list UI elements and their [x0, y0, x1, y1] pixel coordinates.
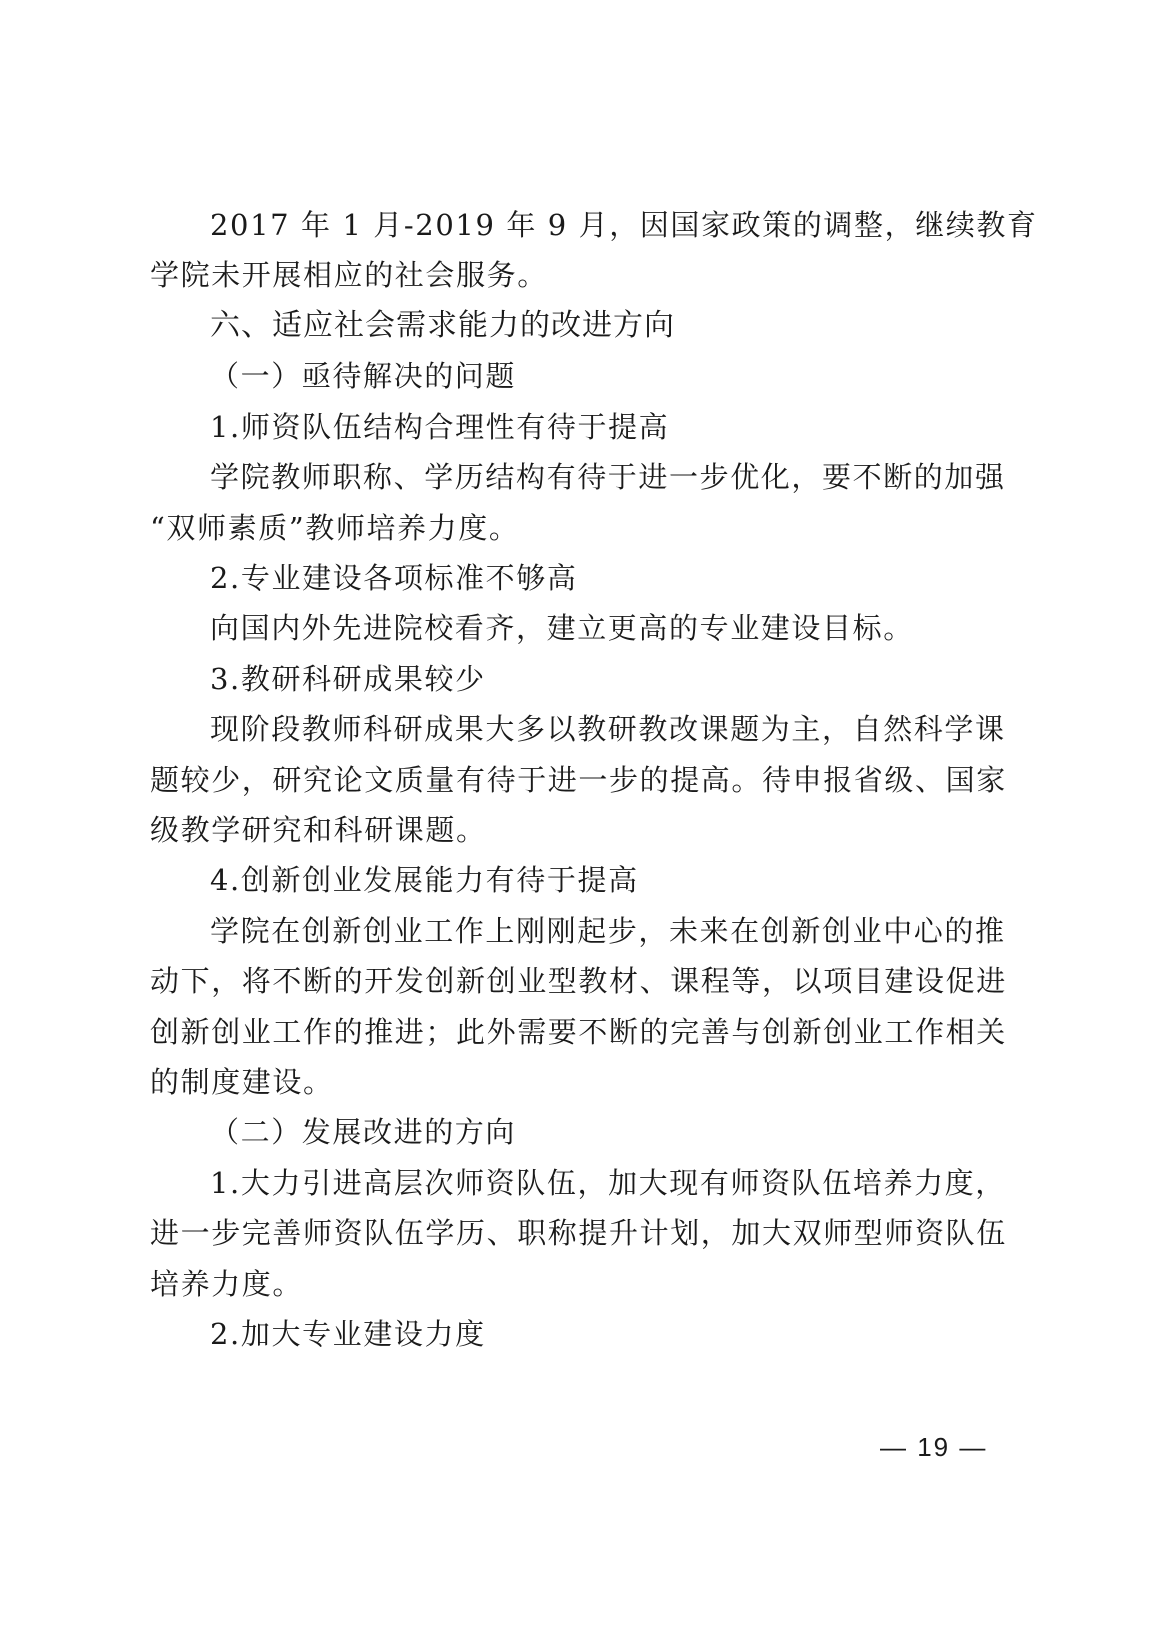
text-line: 3.教研科研成果较少 — [210, 661, 970, 697]
text-line: 学院教师职称、学历结构有待于进一步优化，要不断的加强 — [210, 459, 970, 495]
text-line: 1.师资队伍结构合理性有待于提高 — [210, 409, 970, 445]
text-line: 2.专业建设各项标准不够高 — [210, 560, 970, 596]
text-line: 1.大力引进高层次师资队伍，加大现有师资队伍培养力度， — [210, 1165, 970, 1201]
text-line: “双师素质”教师培养力度。 — [150, 510, 970, 546]
text-line: （二）发展改进的方向 — [210, 1114, 970, 1150]
text-line: 2017 年 1 月-2019 年 9 月，因国家政策的调整，继续教育 — [210, 207, 970, 243]
text-line: 2.加大专业建设力度 — [210, 1316, 970, 1352]
text-line: 的制度建设。 — [150, 1064, 970, 1100]
text-line: 题较少，研究论文质量有待于进一步的提高。待申报省级、国家 — [150, 762, 970, 798]
text-line: （一）亟待解决的问题 — [210, 358, 970, 394]
text-line: 现阶段教师科研成果大多以教研教改课题为主，自然科学课 — [210, 711, 970, 747]
text-line: 级教学研究和科研课题。 — [150, 812, 970, 848]
text-line: 创新创业工作的推进；此外需要不断的完善与创新创业工作相关 — [150, 1014, 970, 1050]
page-number: — 19 — — [880, 1432, 987, 1463]
text-line: 动下，将不断的开发创新创业型教材、课程等，以项目建设促进 — [150, 963, 970, 999]
document-page: 2017 年 1 月-2019 年 9 月，因国家政策的调整，继续教育学院未开展… — [0, 0, 1150, 1626]
text-line: 学院未开展相应的社会服务。 — [150, 257, 970, 293]
section-heading: 六、适应社会需求能力的改进方向 — [210, 308, 970, 344]
text-line: 进一步完善师资队伍学历、职称提升计划，加大双师型师资队伍 — [150, 1215, 970, 1251]
text-line: 向国内外先进院校看齐，建立更高的专业建设目标。 — [210, 610, 970, 646]
text-line: 学院在创新创业工作上刚刚起步，未来在创新创业中心的推 — [210, 913, 970, 949]
text-line: 培养力度。 — [150, 1266, 970, 1302]
text-line: 4.创新创业发展能力有待于提高 — [210, 862, 970, 898]
